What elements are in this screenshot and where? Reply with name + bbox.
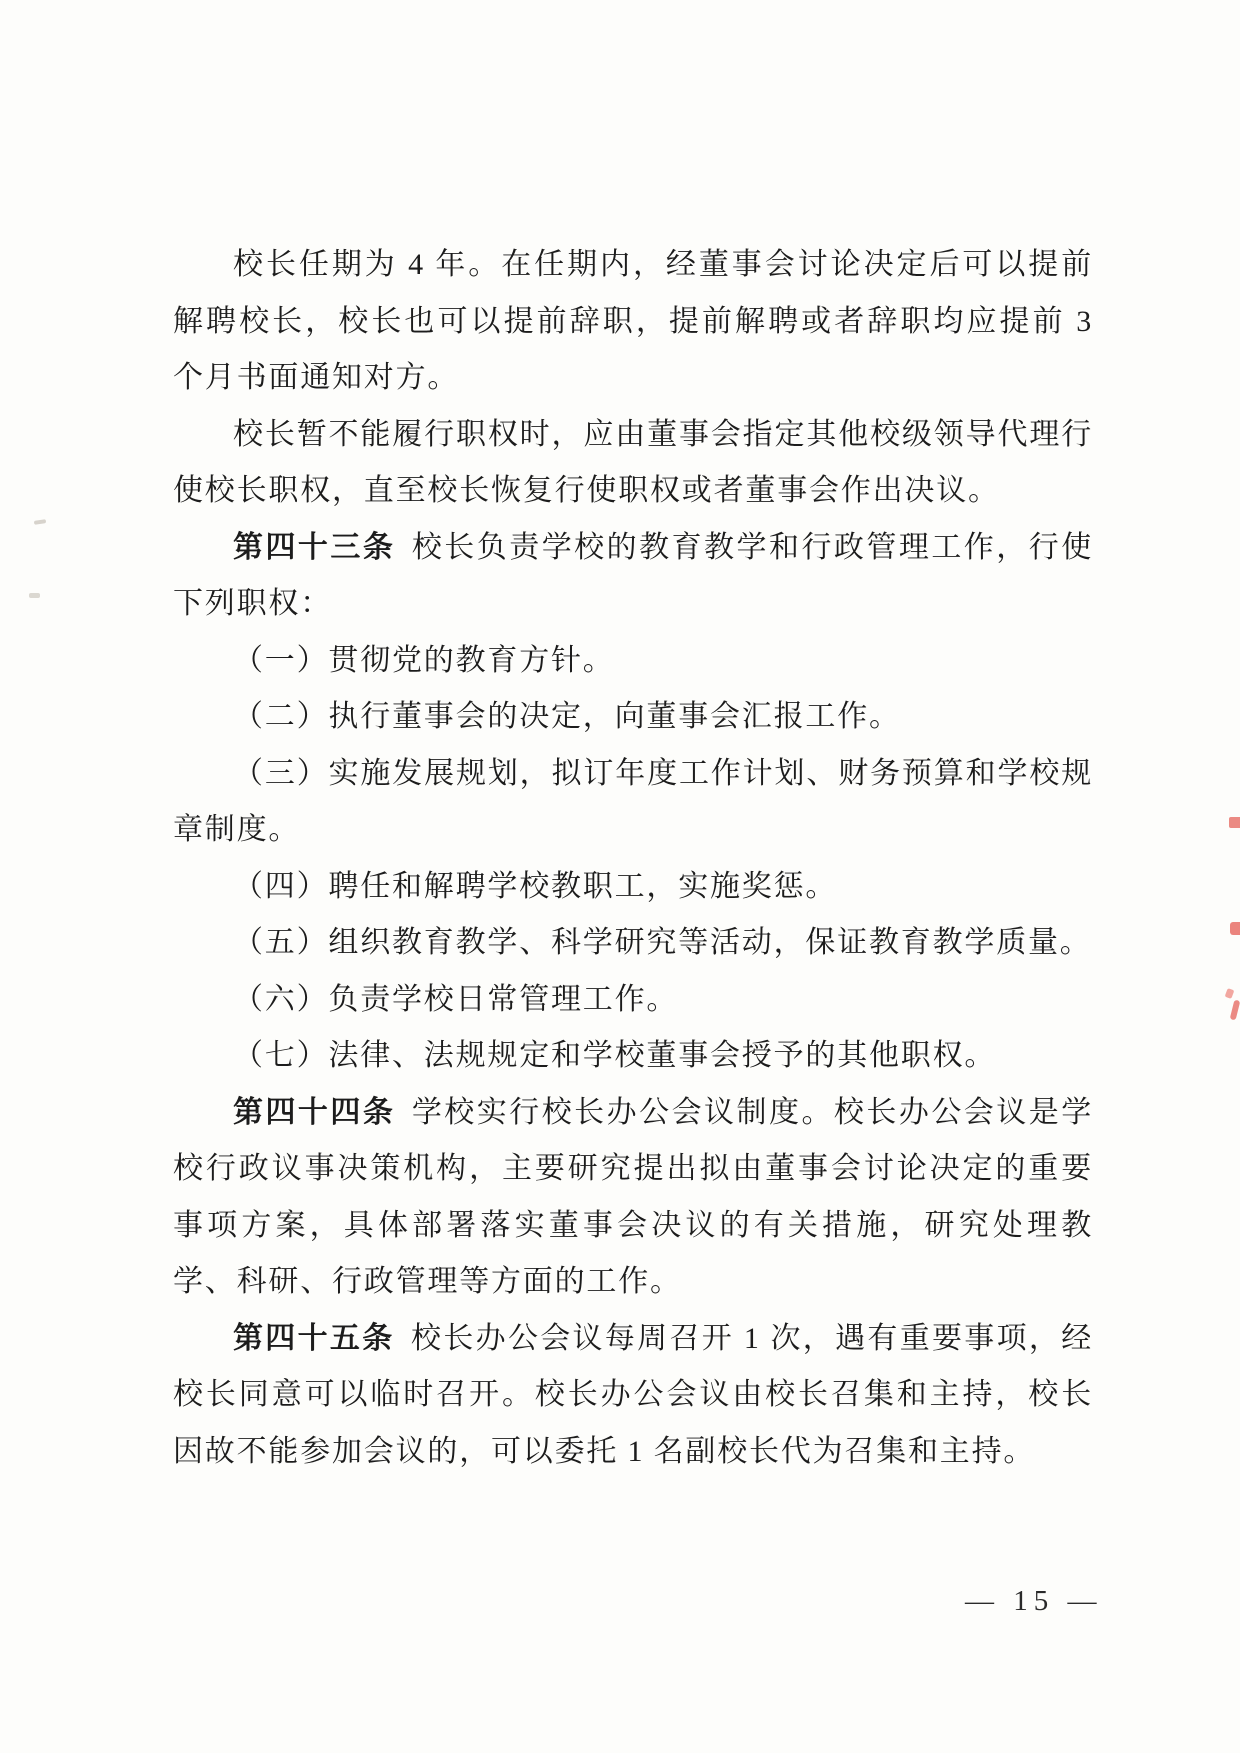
paragraph-text: 校长任期为 4 年。在任期内，经董事会讨论决定后可以提前解聘校长，校长也可以提前… xyxy=(173,248,1093,394)
paragraph-text: （六）负责学校日常管理工作。 xyxy=(233,983,678,1016)
paragraph-article-43: 第四十三条校长负责学校的教育教学和行政管理工作，行使下列职权： xyxy=(173,520,1093,633)
red-seal-fragment xyxy=(1225,988,1235,999)
paragraph-clause-2: （二）执行董事会的决定，向董事会汇报工作。 xyxy=(173,689,1093,746)
red-seal-fragment xyxy=(1230,922,1240,935)
red-seal-fragment xyxy=(1229,817,1240,828)
paragraph-article-44: 第四十四条学校实行校长办公会议制度。校长办公会议是学校行政议事决策机构，主要研究… xyxy=(173,1085,1093,1311)
pencil-scan-mark xyxy=(29,593,40,598)
paragraph-clause-3: （三）实施发展规划，拟订年度工作计划、财务预算和学校规章制度。 xyxy=(173,746,1093,859)
document-page: 校长任期为 4 年。在任期内，经董事会讨论决定后可以提前解聘校长，校长也可以提前… xyxy=(0,0,1240,1753)
document-body: 校长任期为 4 年。在任期内，经董事会讨论决定后可以提前解聘校长，校长也可以提前… xyxy=(173,237,1093,1480)
paragraph-text: （七）法律、法规规定和学校董事会授予的其他职权。 xyxy=(233,1039,996,1072)
article-number: 第四十四条 xyxy=(233,1096,395,1129)
paragraph-acting-president: 校长暂不能履行职权时，应由董事会指定其他校级领导代理行使校长职权，直至校长恢复行… xyxy=(173,407,1093,520)
page-number: — 15 — xyxy=(965,1585,1103,1618)
paragraph-text: （二）执行董事会的决定，向董事会汇报工作。 xyxy=(233,700,901,733)
paragraph-clause-7: （七）法律、法规规定和学校董事会授予的其他职权。 xyxy=(173,1028,1093,1085)
paragraph-text: （四）聘任和解聘学校教职工，实施奖惩。 xyxy=(233,870,837,903)
article-number: 第四十三条 xyxy=(233,531,395,564)
paragraph-clause-1: （一）贯彻党的教育方针。 xyxy=(173,633,1093,690)
article-number: 第四十五条 xyxy=(233,1322,395,1355)
paragraph-president-term: 校长任期为 4 年。在任期内，经董事会讨论决定后可以提前解聘校长，校长也可以提前… xyxy=(173,237,1093,407)
paragraph-article-45: 第四十五条校长办公会议每周召开 1 次，遇有重要事项，经校长同意可以临时召开。校… xyxy=(173,1311,1093,1481)
paragraph-text: （一）贯彻党的教育方针。 xyxy=(233,644,615,677)
paragraph-clause-6: （六）负责学校日常管理工作。 xyxy=(173,972,1093,1029)
paragraph-text: （三）实施发展规划，拟订年度工作计划、财务预算和学校规章制度。 xyxy=(173,757,1093,847)
paragraph-clause-5: （五）组织教育教学、科学研究等活动，保证教育教学质量。 xyxy=(173,915,1093,972)
pencil-scan-mark xyxy=(34,519,46,525)
paragraph-text: 校长暂不能履行职权时，应由董事会指定其他校级领导代理行使校长职权，直至校长恢复行… xyxy=(173,418,1093,508)
red-seal-fragment xyxy=(1230,1000,1240,1021)
paragraph-clause-4: （四）聘任和解聘学校教职工，实施奖惩。 xyxy=(173,859,1093,916)
paragraph-text: （五）组织教育教学、科学研究等活动，保证教育教学质量。 xyxy=(233,926,1092,959)
